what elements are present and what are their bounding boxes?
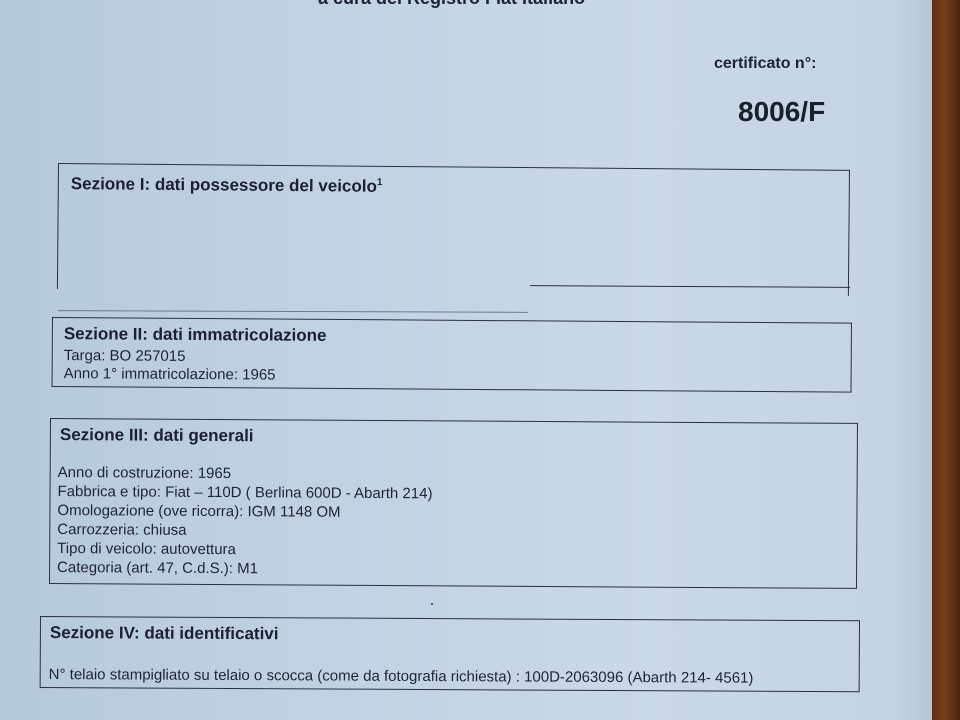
section-general-data: Sezione III: dati generali Anno di costr…	[49, 418, 858, 589]
section-owner-data: Sezione I: dati possessore del veicolo1	[57, 163, 850, 296]
page-edge-shadow	[892, 0, 932, 720]
certificate-number: 8006/F	[738, 96, 825, 128]
section-owner-title: Sezione I: dati possessore del veicolo1	[71, 174, 383, 197]
section-identification-data: Sezione IV: dati identificativi N° telai…	[40, 616, 860, 692]
section-registration-title: Sezione II: dati immatricolazione	[64, 324, 327, 346]
first-registration-year: Anno 1° immatricolazione: 1965	[64, 364, 276, 384]
section-registration-data: Sezione II: dati immatricolazione Targa:…	[52, 317, 852, 393]
section-owner-title-text: Sezione I: dati possessore del veicolo	[71, 174, 377, 196]
general-data-list: Anno di costruzione: 1965 Fabbrica e tip…	[57, 463, 433, 579]
paper-speck	[431, 603, 433, 605]
certificate-label: certificato n°:	[714, 55, 816, 73]
wooden-desk-edge	[932, 0, 960, 720]
separator-line	[58, 310, 528, 313]
section-general-title: Sezione III: dati generali	[60, 425, 254, 446]
registry-header: a cura del Registro Fiat Italiano	[318, 0, 585, 9]
footnote-mark: 1	[377, 177, 383, 188]
document-page: a cura del Registro Fiat Italiano certif…	[0, 0, 932, 720]
make-and-type: Fabbrica e tipo: Fiat – 110D ( Berlina 6…	[57, 482, 432, 503]
construction-year: Anno di costruzione: 1965	[58, 463, 433, 484]
body-type: Carrozzeria: chiusa	[57, 520, 432, 541]
section-identification-title: Sezione IV: dati identificativi	[50, 623, 279, 644]
vehicle-type: Tipo di veicolo: autovettura	[57, 539, 432, 560]
chassis-number: N° telaio stampigliato su telaio o scocc…	[49, 665, 754, 688]
plate-number: Targa: BO 257015	[64, 346, 186, 366]
vehicle-category: Categoria (art. 47, C.d.S.): M1	[57, 558, 432, 579]
homologation: Omologazione (ove ricorra): IGM 1148 OM	[57, 501, 432, 522]
